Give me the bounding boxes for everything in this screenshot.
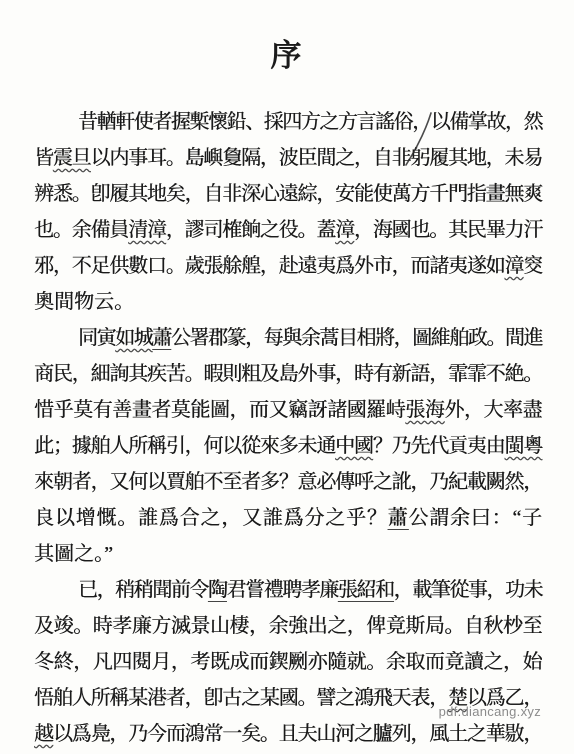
body-text: 昔輶軒使者握槧懷鉛、採四方之方言謠俗，以備掌故，然皆震旦以内事耳。島嶼敻隔，波臣… (34, 104, 542, 752)
text-line: 奧間物云。 (34, 284, 542, 320)
text-line: 惜乎莫有善畫者莫能圖，而又竊訝諸國羅峙張海外，大率盡 (34, 392, 542, 428)
text-run: 君嘗禮聘孝廉 (226, 579, 337, 601)
text-run: 公謂余曰：“子 (408, 507, 542, 529)
proper-noun-person: 陶 (208, 579, 227, 601)
text-run: 惜乎莫有善畫者莫能圖，而又竊訝諸國羅峙 (34, 399, 405, 421)
text-run: 悟舶人所稱某港者，卽古之某國。譬之鴻飛天表， (34, 687, 448, 709)
text-line: 也。余備員清漳，謬司榷餉之役。蓋漳，海國也。其民畢力汗 (34, 212, 542, 248)
text-run: ，海國也。其民畢力汗 (354, 219, 542, 241)
proper-noun-person: 張紹和 (338, 579, 394, 601)
text-run: 奧間物云。 (34, 291, 134, 313)
scanned-page: 序 昔輶軒使者握槧懷鉛、採四方之方言謠俗，以備掌故，然皆震旦以内事耳。島嶼敻隔，… (0, 0, 574, 754)
text-line: 冬終，凡四閱月，考既成而鍥劂亦隨就。余取而竟讀之，始 (34, 644, 542, 680)
text-run: 此；據舶人所稱引，何以從來多未通 (34, 435, 335, 457)
text-run: 商民，細詢其疾苦。暇則粗及島外事，時有新語，霏霏不絶。 (34, 363, 542, 385)
text-line: 辨悉。卽履其地矣，自非深心遠綜，安能使萬方千門指畫無爽 (34, 176, 542, 212)
text-run: ，謬司榷餉之役。蓋 (166, 219, 335, 241)
proper-noun-place: 清漳 (128, 219, 166, 241)
proper-noun-person: 蕭 (152, 327, 171, 349)
proper-noun-place: 中國 (335, 435, 373, 457)
watermark: pdf.diancang.xyz (439, 704, 541, 719)
text-line: 邪，不足供數口。歲張艅艎，赴遠夷爲外市，而諸夷遂如漳窔 (34, 248, 542, 284)
page-title: 序 (0, 30, 574, 75)
text-run: 辨悉。卽履其地矣，自非深心遠綜，安能使萬方千門指畫無爽 (34, 183, 542, 205)
proper-noun-place: 如城 (115, 327, 152, 349)
proper-noun-place: 漳 (504, 255, 523, 277)
text-line: 其圖之。” (34, 536, 542, 572)
text-line: 已，稍稍聞前令陶君嘗禮聘孝廉張紹和，載筆從事，功未 (34, 572, 542, 608)
text-run: 已，稍稍聞前令 (78, 579, 208, 601)
text-line: 皆震旦以内事耳。島嶼敻隔，波臣間之，自非躬履其地，未易 (34, 140, 542, 176)
text-run: ？乃先代貢夷由 (373, 435, 505, 457)
text-line: 商民，細詢其疾苦。暇則粗及島外事，時有新語，霏霏不絶。 (34, 356, 542, 392)
text-line: 昔輶軒使者握槧懷鉛、採四方之方言謠俗，以備掌故，然 (34, 104, 542, 140)
text-line: 來朝者，又何以賈舶不至者多？意必傳呼之訛，乃紀載闕然， (34, 464, 542, 500)
text-line: 同寅如城蕭公署郡篆，每與余蒿目相將，圖維舶政。間進 (34, 320, 542, 356)
proper-noun-place: 漳 (335, 219, 354, 241)
proper-noun-place: 張海 (405, 399, 444, 421)
text-run: ，載筆從事，功未 (394, 579, 542, 601)
text-run: 窔 (523, 255, 542, 277)
text-run: 同寅 (78, 327, 115, 349)
text-run: 公署郡篆，每與余蒿目相將，圖維舶政。間進 (171, 327, 542, 349)
proper-noun-person: 蕭 (388, 507, 409, 529)
proper-noun-place: 震旦 (53, 147, 91, 169)
text-line: 越以爲鳧，乃今而鴻常一矣。且夫山河之臚列，風土之華敭， (34, 716, 542, 752)
text-line: 良以增慨。誰爲合之，又誰爲分之乎？蕭公謂余曰：“子 (34, 500, 542, 536)
text-run: 昔輶軒使者握槧懷鉛、採四方之方言謠俗，以備掌故，然 (78, 111, 542, 133)
proper-noun-place: 越 (34, 723, 53, 745)
text-run: 以内事耳。島嶼敻隔，波臣間之，自非躬履其地，未易 (90, 147, 542, 169)
proper-noun-place: 閩粵 (504, 435, 542, 457)
text-run: 皆 (34, 147, 53, 169)
text-run: 良以增慨。誰爲合之，又誰爲分之乎？ (34, 507, 388, 529)
text-run: 來朝者，又何以賈舶不至者多？意必傳呼之訛，乃紀載闕然， (34, 471, 542, 493)
text-run: 外，大率盡 (444, 399, 542, 421)
text-run: 及竣。時孝廉方滅景山棲，余強出之，俾竟斯局。自秋杪至 (34, 615, 542, 637)
text-run: 邪，不足供數口。歲張艅艎，赴遠夷爲外市，而諸夷遂如 (34, 255, 504, 277)
text-run: 冬終，凡四閱月，考既成而鍥劂亦隨就。余取而竟讀之，始 (34, 651, 542, 673)
text-line: 此；據舶人所稱引，何以從來多未通中國？乃先代貢夷由閩粵 (34, 428, 542, 464)
text-line: 及竣。時孝廉方滅景山棲，余強出之，俾竟斯局。自秋杪至 (34, 608, 542, 644)
text-run: 以爲鳧，乃今而鴻常一矣。且夫山河之臚列，風土之華敭， (53, 723, 542, 745)
text-run: 其圖之。” (34, 543, 113, 565)
text-run: 也。余備員 (34, 219, 128, 241)
